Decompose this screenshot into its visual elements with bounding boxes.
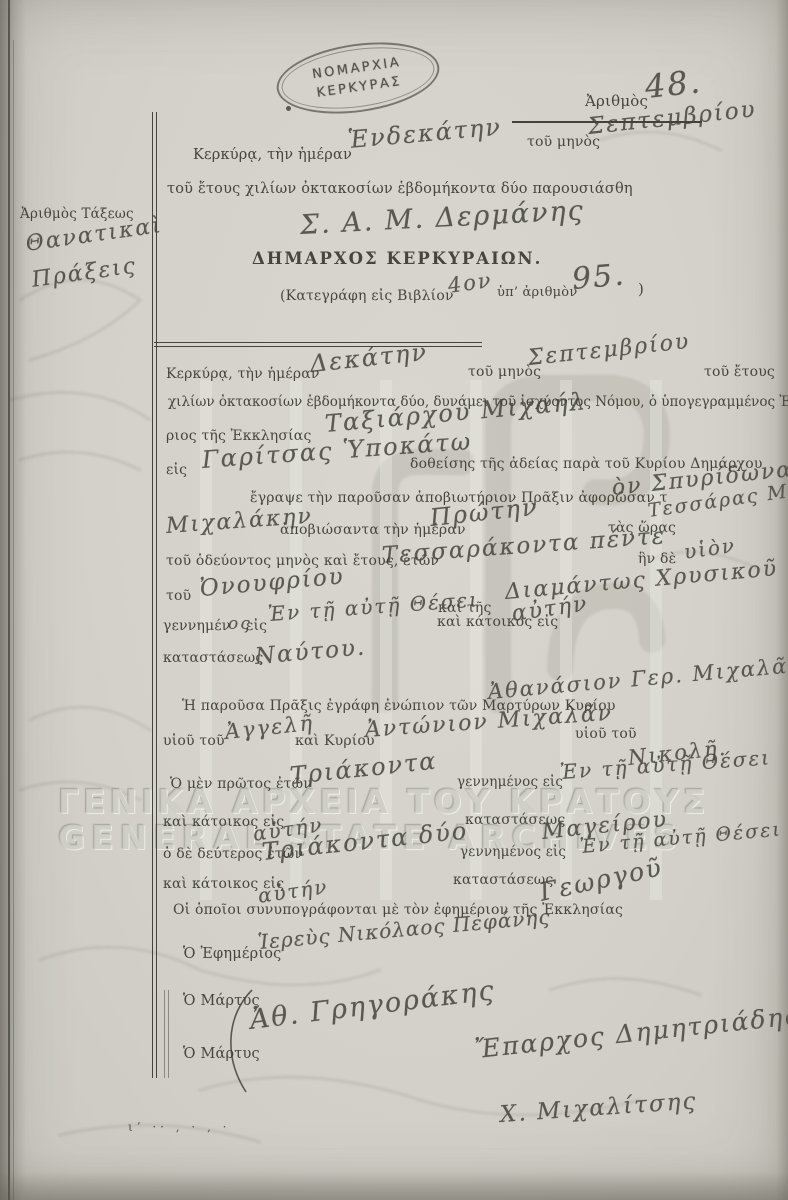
ink-dot — [286, 106, 291, 111]
binding-line — [8, 0, 10, 1200]
header-year-line: τοῦ ἔτους χιλίων ὀκτακοσίων ἑβδομήκοντα … — [167, 181, 633, 197]
margin-note-2: Πράξεις — [30, 253, 138, 292]
body-line12-suf: υἱοῦ τοῦ — [575, 726, 637, 742]
register-suffix: ) — [638, 280, 644, 298]
deceased-status: Ναύτου. — [254, 634, 367, 670]
body-line4-pre: εἰς — [166, 462, 187, 478]
body-line9-pre: γεννημέν — [163, 618, 231, 634]
register-number-value: 95. — [570, 257, 627, 297]
form-vertical-rule-echo — [164, 990, 169, 1078]
bottom-edge-shadow — [0, 1172, 788, 1200]
right-edge-shadow — [776, 0, 788, 1200]
document-page: ΓΕΝΙΚΑ ΑΡΧΕΙΑ ΤΟΥ ΚΡΑΤΟΥΣ GENERAL STATE … — [0, 0, 788, 1200]
body-line8-pre: τοῦ — [166, 588, 191, 604]
body-line10-pre: καταστάσεως — [163, 650, 263, 666]
witness1-name: Ἀθανάσιον Γερ. Μιχαλᾶν — [487, 653, 788, 704]
body-line17: Οἱ ὁποῖοι συνυπογράφονται μὲ τὸν ἐφημέρι… — [173, 902, 623, 918]
header-number-label: Ἀριθμὸς — [585, 92, 648, 110]
mayor-title: ΔΗΜΑΡΧΟΣ ΚΕΡΚΥΡΑΙΩΝ. — [252, 249, 542, 268]
binding-line-2 — [13, 40, 14, 1200]
form-horizontal-rule — [154, 342, 482, 347]
body-line12-pre: υἱοῦ τοῦ — [163, 733, 225, 749]
witness2-status: Γεωργοῦ — [537, 852, 665, 906]
body-line13-mid: γεννημένος εἰς — [457, 774, 563, 790]
father-name: Ὀνουφρίου — [199, 563, 346, 602]
official-signature-1: Ἔπαρχος Δημητριάδης. — [473, 1000, 788, 1064]
witness-signature: Ἀθ. Γρηγοράκης — [248, 975, 497, 1036]
faint-ink-marks: ι’ ·· , · ‚ · — [128, 1120, 230, 1134]
body-line1-pre: Κερκύρᾳ, τὴν ἡμέραν — [166, 366, 320, 382]
body-line9-mid: εἰς — [246, 618, 267, 634]
header-number-value: 48. — [643, 62, 704, 106]
header-place-day-label: Κερκύρᾳ, τὴν ἡμέραν — [193, 147, 352, 163]
body-line7-hw: υἱὸν — [682, 533, 737, 564]
header-day-value: Ἑνδεκάτην — [347, 113, 503, 154]
mayor-signature: Σ. Α. Μ. Δερμάνης — [299, 195, 585, 241]
register-mid: ὑπ’ ἀριθμὸν — [497, 285, 577, 300]
body-month-value: Σεπτεμβρίου — [527, 329, 692, 371]
witness-label-2: Ὁ Μάρτυς — [183, 1046, 260, 1062]
body-line12-mid: καὶ Κυρίου — [295, 733, 375, 749]
register-prefix: (Κατεγράφη εἰς Βιβλίον — [280, 288, 454, 304]
body-line1-suf: τοῦ ἔτους — [704, 364, 775, 380]
official-signature-2: Χ. Μιχαλίτσης — [499, 1088, 698, 1128]
prefecture-stamp: ΝΟΜΑΡΧΙΑ ΚΕΡΚΥΡΑΣ — [272, 33, 444, 123]
body-line15-mid: γεννημένος εἰς — [460, 844, 566, 860]
form-vertical-rule — [152, 112, 157, 1078]
register-book-value: 4ον — [446, 268, 494, 298]
stamp-inner-ring — [278, 39, 439, 118]
